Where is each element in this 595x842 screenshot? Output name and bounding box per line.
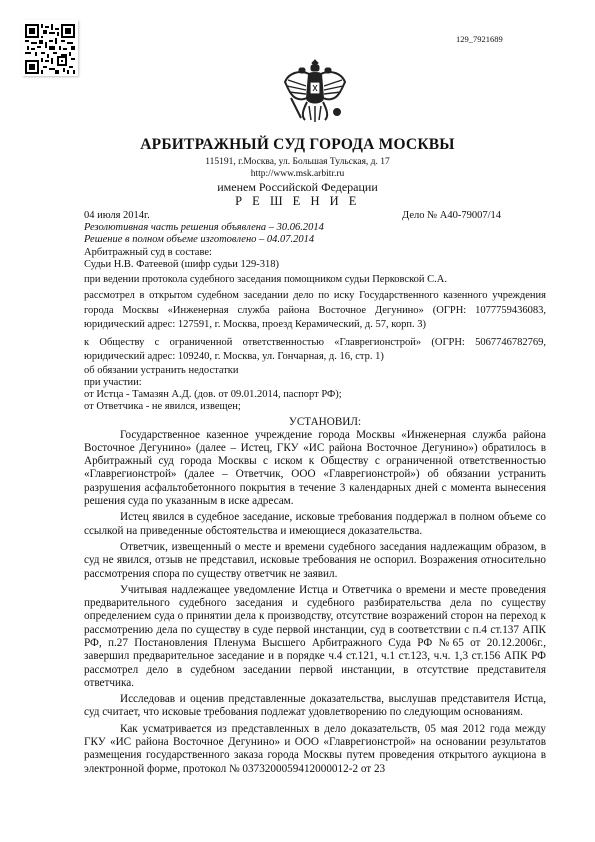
court-url: http://www.msk.arbitr.ru xyxy=(0,169,595,179)
named-by-federation: именем Российской Федерации xyxy=(0,180,595,195)
court-name: АРБИТРАЖНЫЙ СУД ГОРОДА МОСКВЫ xyxy=(0,136,595,154)
established-heading: УСТАНОВИЛ: xyxy=(84,415,546,429)
paragraph: Как усматривается из представленных в де… xyxy=(84,723,546,776)
paragraph: Государственное казенное учреждение горо… xyxy=(84,429,546,509)
claimant-description: рассмотрел в открытом судебном заседании… xyxy=(84,289,546,333)
participation-label: при участии: xyxy=(84,377,546,389)
document-body: 04 июля 2014г. Дело № А40-79007/14 Резол… xyxy=(84,210,546,776)
paragraph: Ответчик, извещенный о месте и времени с… xyxy=(84,541,546,581)
paragraph: Истец явился в судебное заседание, исков… xyxy=(84,511,546,538)
qr-code-icon xyxy=(25,24,75,74)
claimant-representative: от Истца - Тамазян А.Д. (дов. от 09.01.2… xyxy=(84,389,546,401)
full-decision-made: Решение в полном объеме изготовлено – 04… xyxy=(84,234,546,246)
paragraph: Исследовав и оценив представленные доказ… xyxy=(84,693,546,720)
date-case-row: 04 июля 2014г. Дело № А40-79007/14 xyxy=(84,210,546,222)
resolution-announced: Резолютивная часть решения объявлена – 3… xyxy=(84,222,546,234)
protocol-keeper: при ведении протокола судебного заседани… xyxy=(84,274,546,286)
court-address: 115191, г.Москва, ул. Большая Тульская, … xyxy=(0,157,595,167)
defendant-representative: от Ответчика - не явился, извещен; xyxy=(84,401,546,413)
claim-subject: об обязании устранить недостатки xyxy=(84,365,546,377)
document-title: Р Е Ш Е Н И Е xyxy=(0,194,595,209)
qr-code xyxy=(22,20,78,76)
defendant-description: к Обществу с ограниченной ответственност… xyxy=(84,336,546,365)
judge-name: Судьи Н.В. Фатеевой (шифр судьи 129-318) xyxy=(84,259,546,271)
case-number: Дело № А40-79007/14 xyxy=(402,210,501,222)
document-id: 129_7921689 xyxy=(456,34,503,44)
decision-date: 04 июля 2014г. xyxy=(84,210,150,222)
court-composition: Арбитражный суд в составе: xyxy=(84,247,546,259)
coat-of-arms-icon xyxy=(279,56,351,128)
paragraph: Учитывая надлежащее уведомление Истца и … xyxy=(84,584,546,690)
